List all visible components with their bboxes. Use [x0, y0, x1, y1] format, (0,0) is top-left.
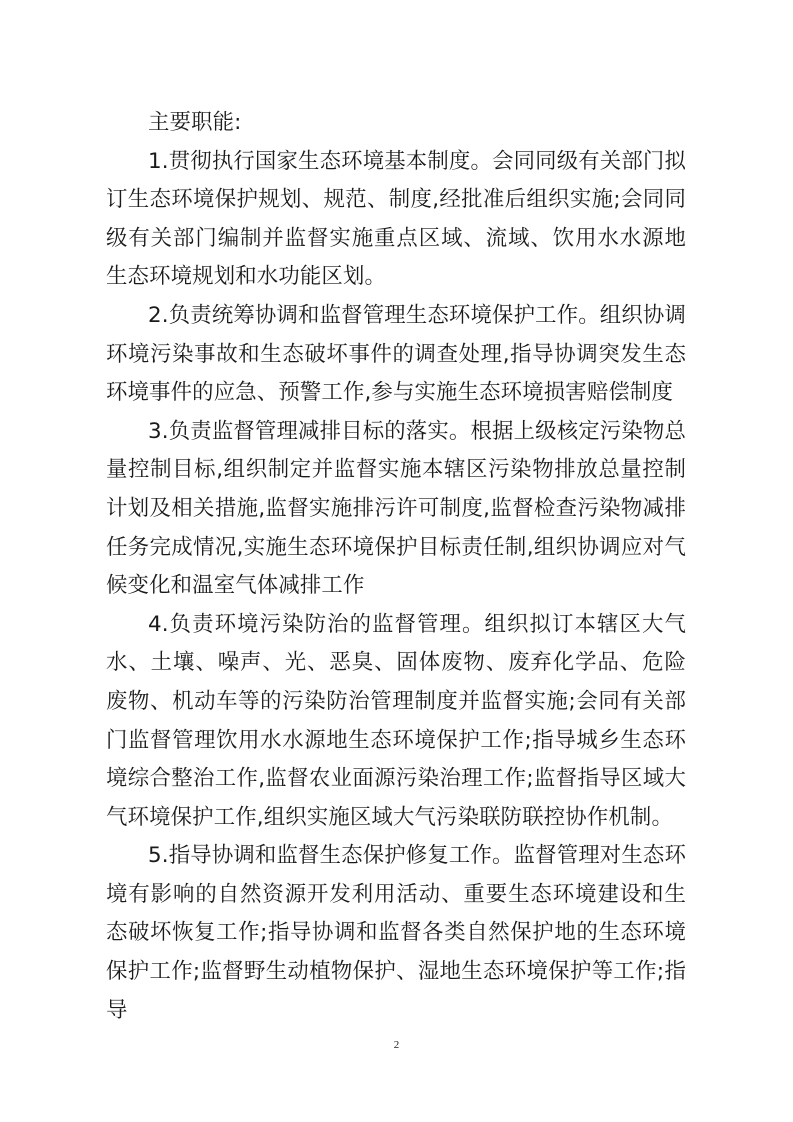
- paragraph-5: 5.指导协调和监督生态保护修复工作。监督管理对生态环境有影响的自然资源开发利用活…: [106, 837, 686, 1030]
- paragraph-1: 1.贯彻执行国家生态环境基本制度。会同同级有关部门拟订生态环境保护规划、规范、制…: [106, 143, 686, 297]
- section-heading: 主要职能:: [106, 104, 686, 143]
- paragraph-3: 3.负责监督管理减排目标的落实。根据上级核定污染物总量控制目标,组织制定并监督实…: [106, 413, 686, 606]
- paragraph-2: 2.负责统筹协调和监督管理生态环境保护工作。组织协调环境污染事故和生态破坏事件的…: [106, 297, 686, 413]
- document-body: 主要职能: 1.贯彻执行国家生态环境基本制度。会同同级有关部门拟订生态环境保护规…: [106, 104, 686, 1030]
- page-number: 2: [0, 1039, 793, 1051]
- document-page: 主要职能: 1.贯彻执行国家生态环境基本制度。会同同级有关部门拟订生态环境保护规…: [0, 0, 793, 1122]
- paragraph-4: 4.负责环境污染防治的监督管理。组织拟订本辖区大气水、土壤、噪声、光、恶臭、固体…: [106, 606, 686, 838]
